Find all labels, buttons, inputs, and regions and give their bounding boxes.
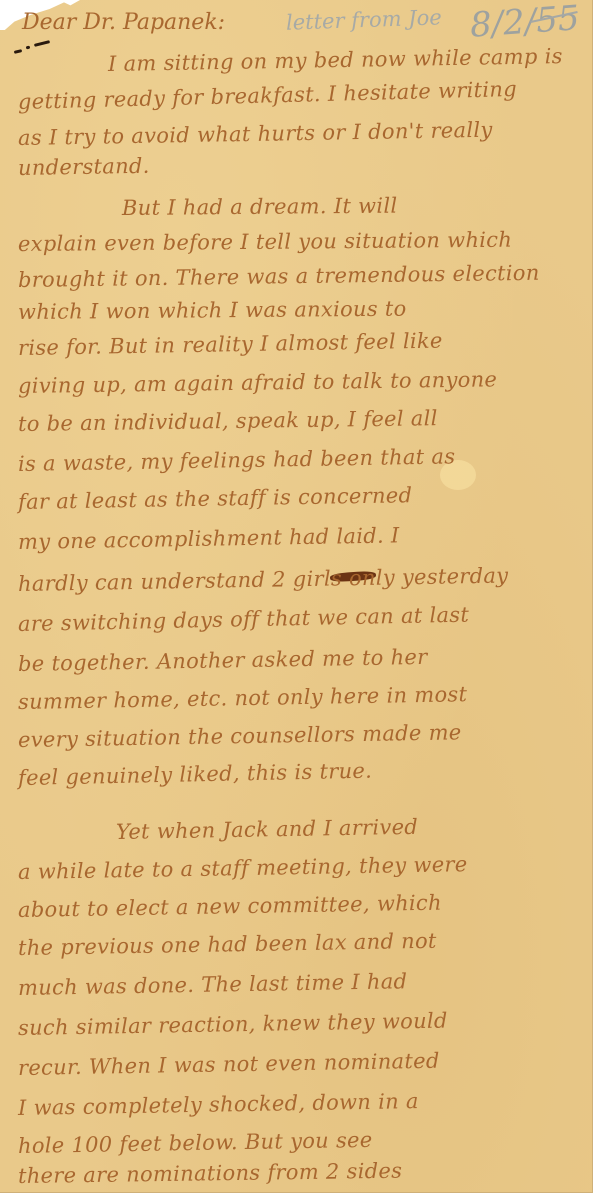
pencil-date: 8/2/55: [469, 0, 581, 46]
letter-line: every situation the counsellors made me: [18, 720, 462, 752]
ink-margin-marks: [14, 40, 64, 54]
letter-line: a while late to a staff meeting, they we…: [18, 852, 468, 884]
letter-line: are switching days off that we can at la…: [18, 603, 470, 636]
letter-line: I am sitting on my bed now while camp is: [108, 44, 563, 76]
letter-line: hardly can understand 2 girls only yeste…: [18, 563, 509, 596]
letter-line: as I try to avoid what hurts or I don't …: [18, 118, 493, 150]
letter-line: far at least as the staff is concerned: [18, 483, 413, 514]
letter-line: summer home, etc. not only here in most: [18, 682, 468, 714]
letter-line: I was completely shocked, down in a: [18, 1089, 419, 1120]
letter-line: getting ready for breakfast. I hesitate …: [18, 77, 518, 114]
letter-line: hole 100 feet below. But you see: [18, 1128, 373, 1158]
letter-line: Yet when Jack and I arrived: [116, 815, 418, 844]
letter-line: about to elect a new committee, which: [18, 891, 442, 922]
letter-line: recur. When I was not even nominated: [18, 1049, 440, 1080]
letter-line: be together. Another asked me to her: [18, 645, 428, 676]
letter-line: brought it on. There was a tremendous el…: [18, 261, 540, 292]
letter-line: to be an individual, speak up, I feel al…: [18, 406, 438, 436]
letter-line: But I had a dream. It will: [122, 194, 398, 220]
letter-line: the previous one had been lax and not: [18, 929, 437, 960]
letter-line: feel genuinely liked, this is true.: [18, 759, 373, 790]
letter-page: Dear Dr. Papanek: letter from Joe 8/2/55…: [0, 0, 593, 1193]
salutation: Dear Dr. Papanek:: [22, 10, 225, 35]
letter-line: is a waste, my feelings had been that as: [18, 444, 456, 476]
letter-line: my one accomplishment had laid. I: [18, 523, 400, 554]
letter-line: explain even before I tell you situation…: [18, 228, 512, 256]
letter-line: much was done. The last time I had: [18, 969, 408, 1000]
letter-line: there are nominations from 2 sides: [18, 1159, 403, 1188]
letter-line: understand.: [18, 154, 150, 180]
letter-line: which I won which I was anxious to: [18, 297, 407, 324]
letter-line: such similar reaction, knew they would: [18, 1009, 448, 1040]
letter-line: rise for. But in reality I almost feel l…: [18, 329, 443, 360]
pencil-annotation: letter from Joe: [286, 5, 442, 34]
letter-line: giving up, am again afraid to talk to an…: [18, 367, 497, 398]
